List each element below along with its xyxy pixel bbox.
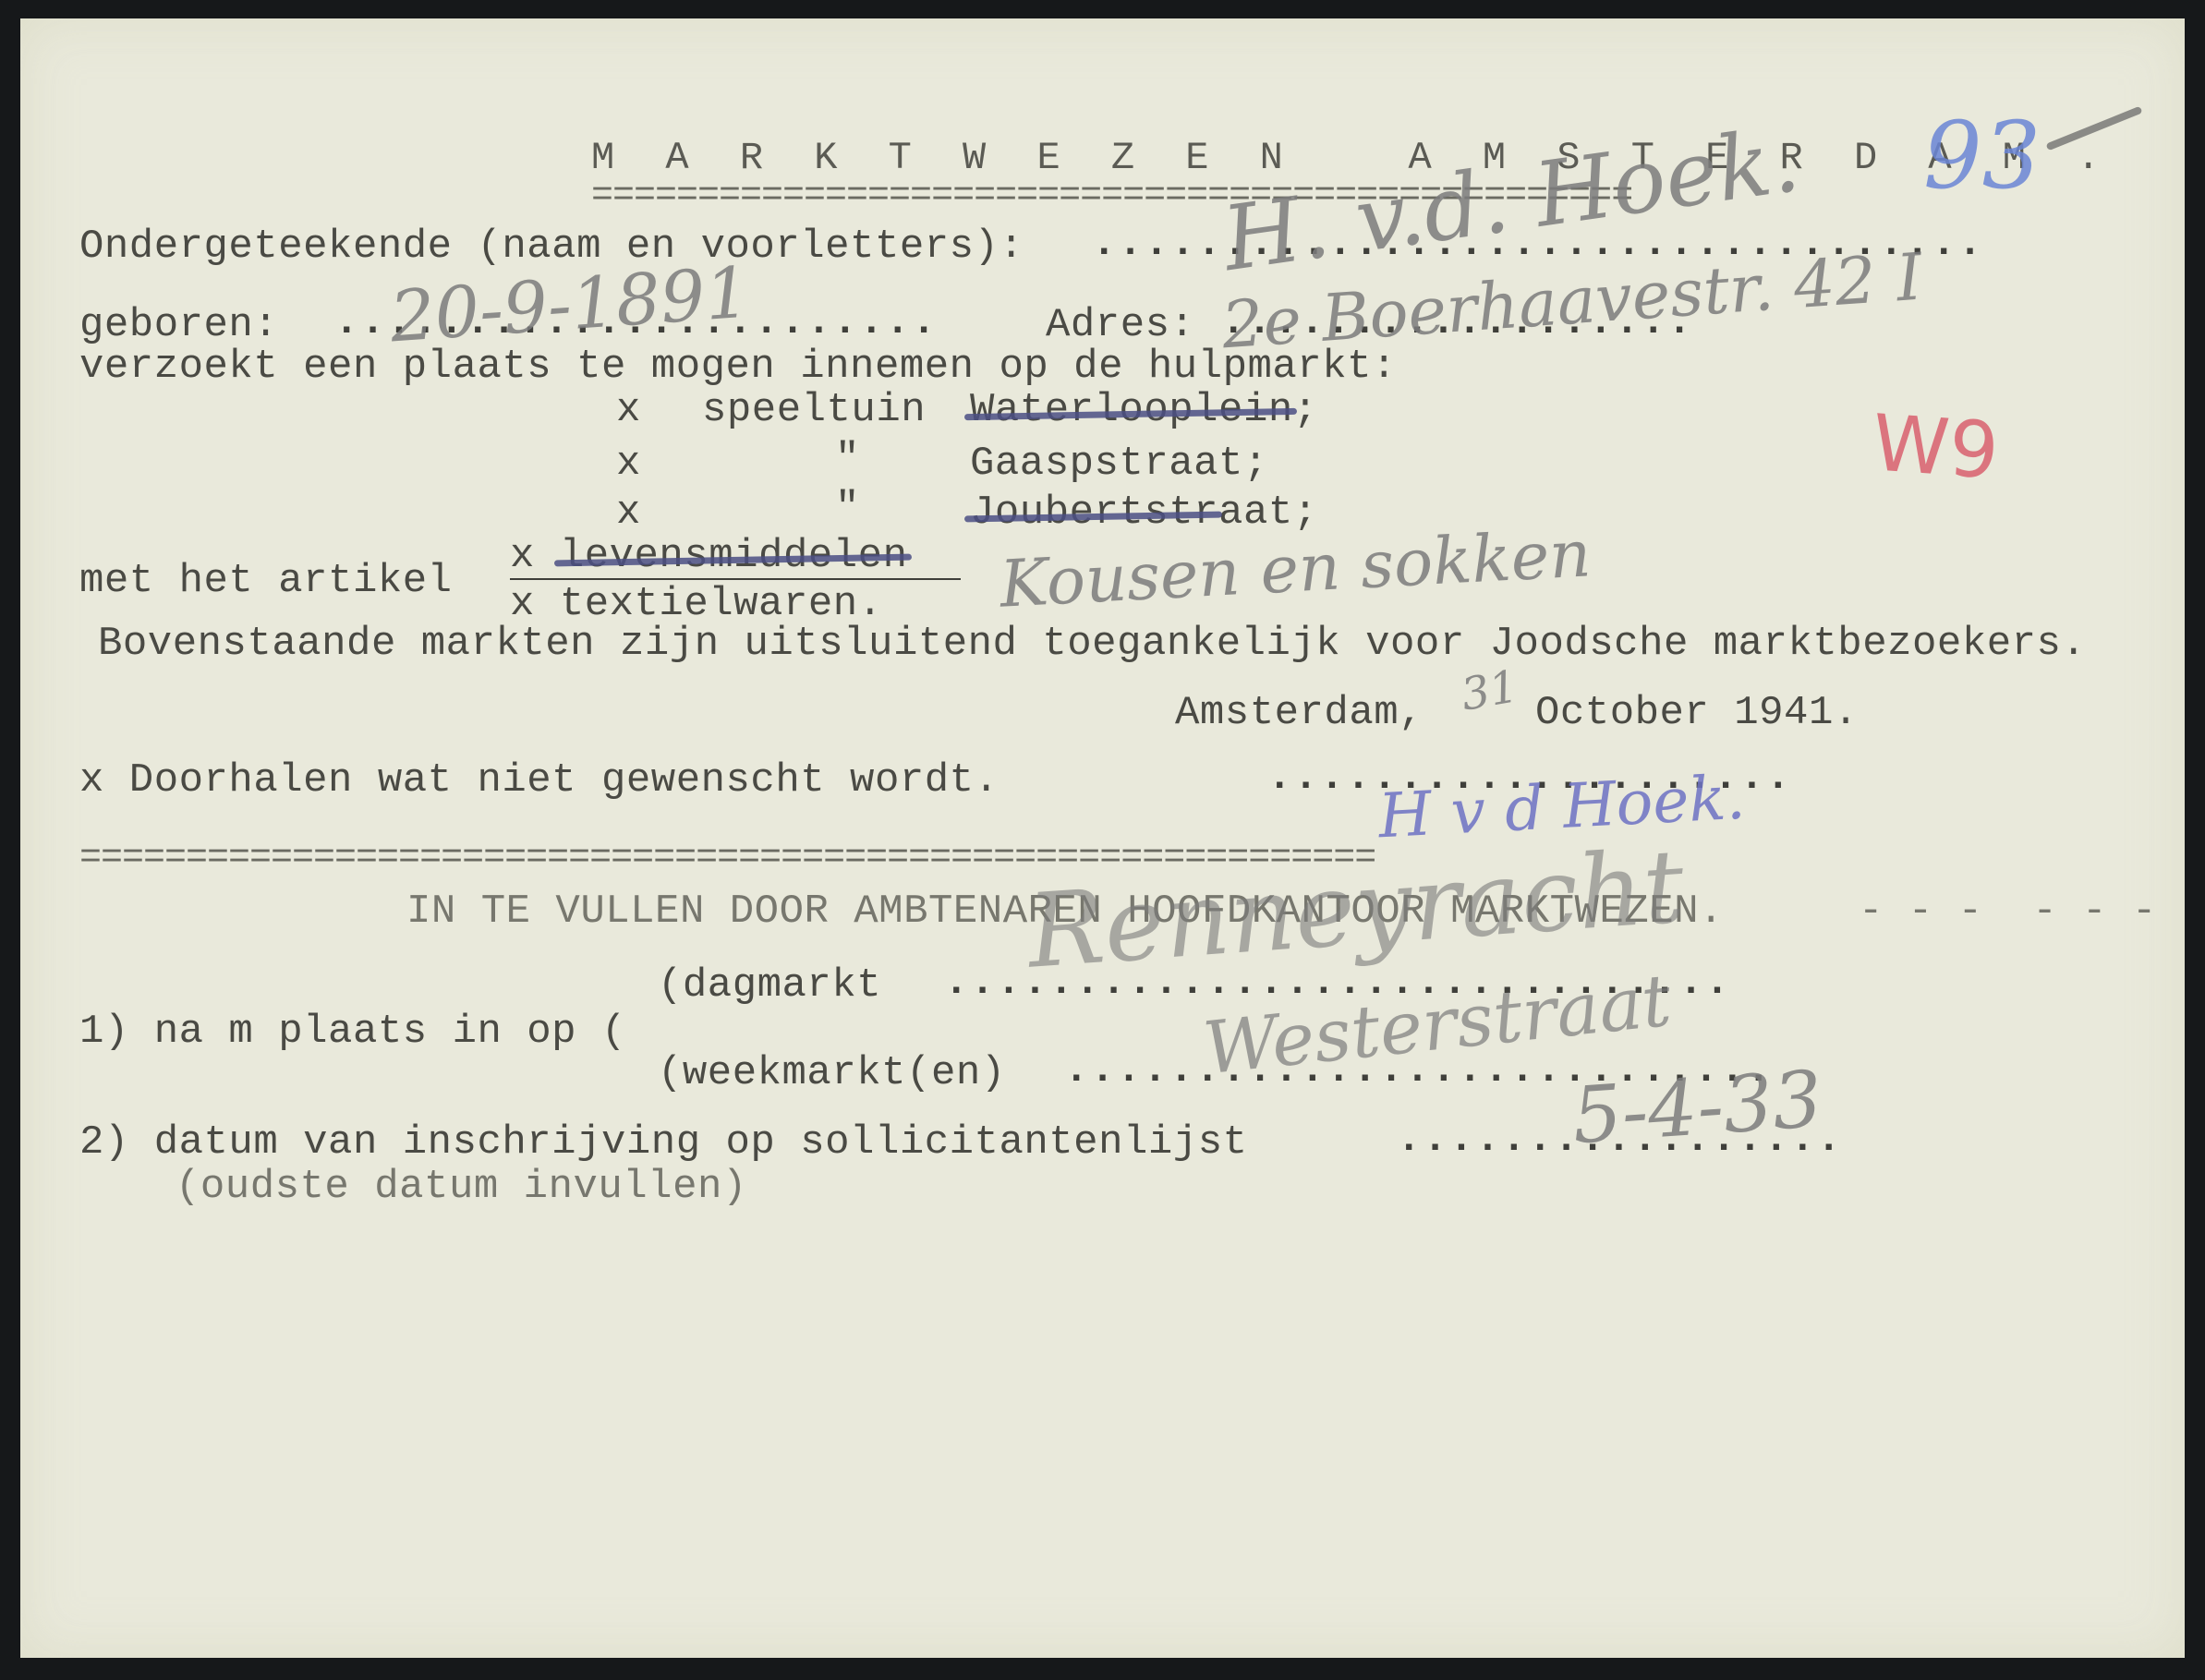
option-location-gaaspstraat: Gaaspstraat; <box>970 443 1268 484</box>
ditto-mark: " <box>835 488 860 528</box>
strike-instruction: x Doorhalen wat niet gewenscht wordt. <box>79 760 999 801</box>
struck-text: Waterlooplein <box>970 390 1293 430</box>
notice: Bovenstaande markten zijn uitsluitend to… <box>98 623 2086 664</box>
weekmarkt-label: (weekmarkt(en) <box>658 1053 1006 1094</box>
option-location-waterlooplein: Waterlooplein; <box>970 390 1318 430</box>
article-option-textile: x textielwaren. <box>510 584 883 624</box>
option-marker: x <box>616 492 641 533</box>
rest: aat; <box>1218 489 1318 536</box>
option-type: speeltuin <box>702 390 926 430</box>
item2-label: 2) datum van inschrijving op sollicitant… <box>79 1122 1248 1163</box>
struck-text: Joubertstr <box>970 492 1218 533</box>
location: Gaaspstraat <box>970 441 1243 487</box>
marker: x <box>510 533 535 579</box>
option-marker: x <box>616 443 641 484</box>
office-heading-trail: - - - - - - <box>1859 891 2157 932</box>
suffix: ; <box>1293 387 1318 433</box>
born-label: geboren: <box>79 305 278 345</box>
option-location-joubertstraat: Joubertstraat; <box>970 492 1318 533</box>
place-date-suffix: October 1941. <box>1535 693 1859 733</box>
handwritten-day: 31 <box>1458 660 1522 721</box>
place-date-prefix: Amsterdam, <box>1175 693 1424 733</box>
struck-text: levensmiddelen <box>560 536 908 576</box>
suffix: ; <box>1243 441 1268 487</box>
handwritten-file-number: 93 <box>1923 102 2041 210</box>
undersigned-label: Ondergeteekende (naam en voorletters): <box>79 226 1024 267</box>
fraction-rule <box>510 578 961 580</box>
dagmarkt-label: (dagmarkt <box>658 965 881 1006</box>
handwritten-registration-date: 5-4-33 <box>1569 1054 1825 1162</box>
ditto-mark: " <box>835 439 860 479</box>
item2-note: (oudste datum invullen) <box>176 1166 747 1207</box>
red-pencil-mark: W9 <box>1870 397 2002 496</box>
document-card: M A R K T W E Z E N A M S T E R D A M . … <box>20 18 2185 1658</box>
request-line: verzoekt een plaats te mogen innemen op … <box>79 346 1397 387</box>
address-label: Adres: <box>1046 305 1194 345</box>
article-option-food: x levensmiddelen <box>510 536 907 576</box>
option-marker: x <box>616 390 641 430</box>
item1-label: 1) na m plaats in op ( <box>79 1011 626 1052</box>
article-label: met het artikel <box>79 561 453 601</box>
